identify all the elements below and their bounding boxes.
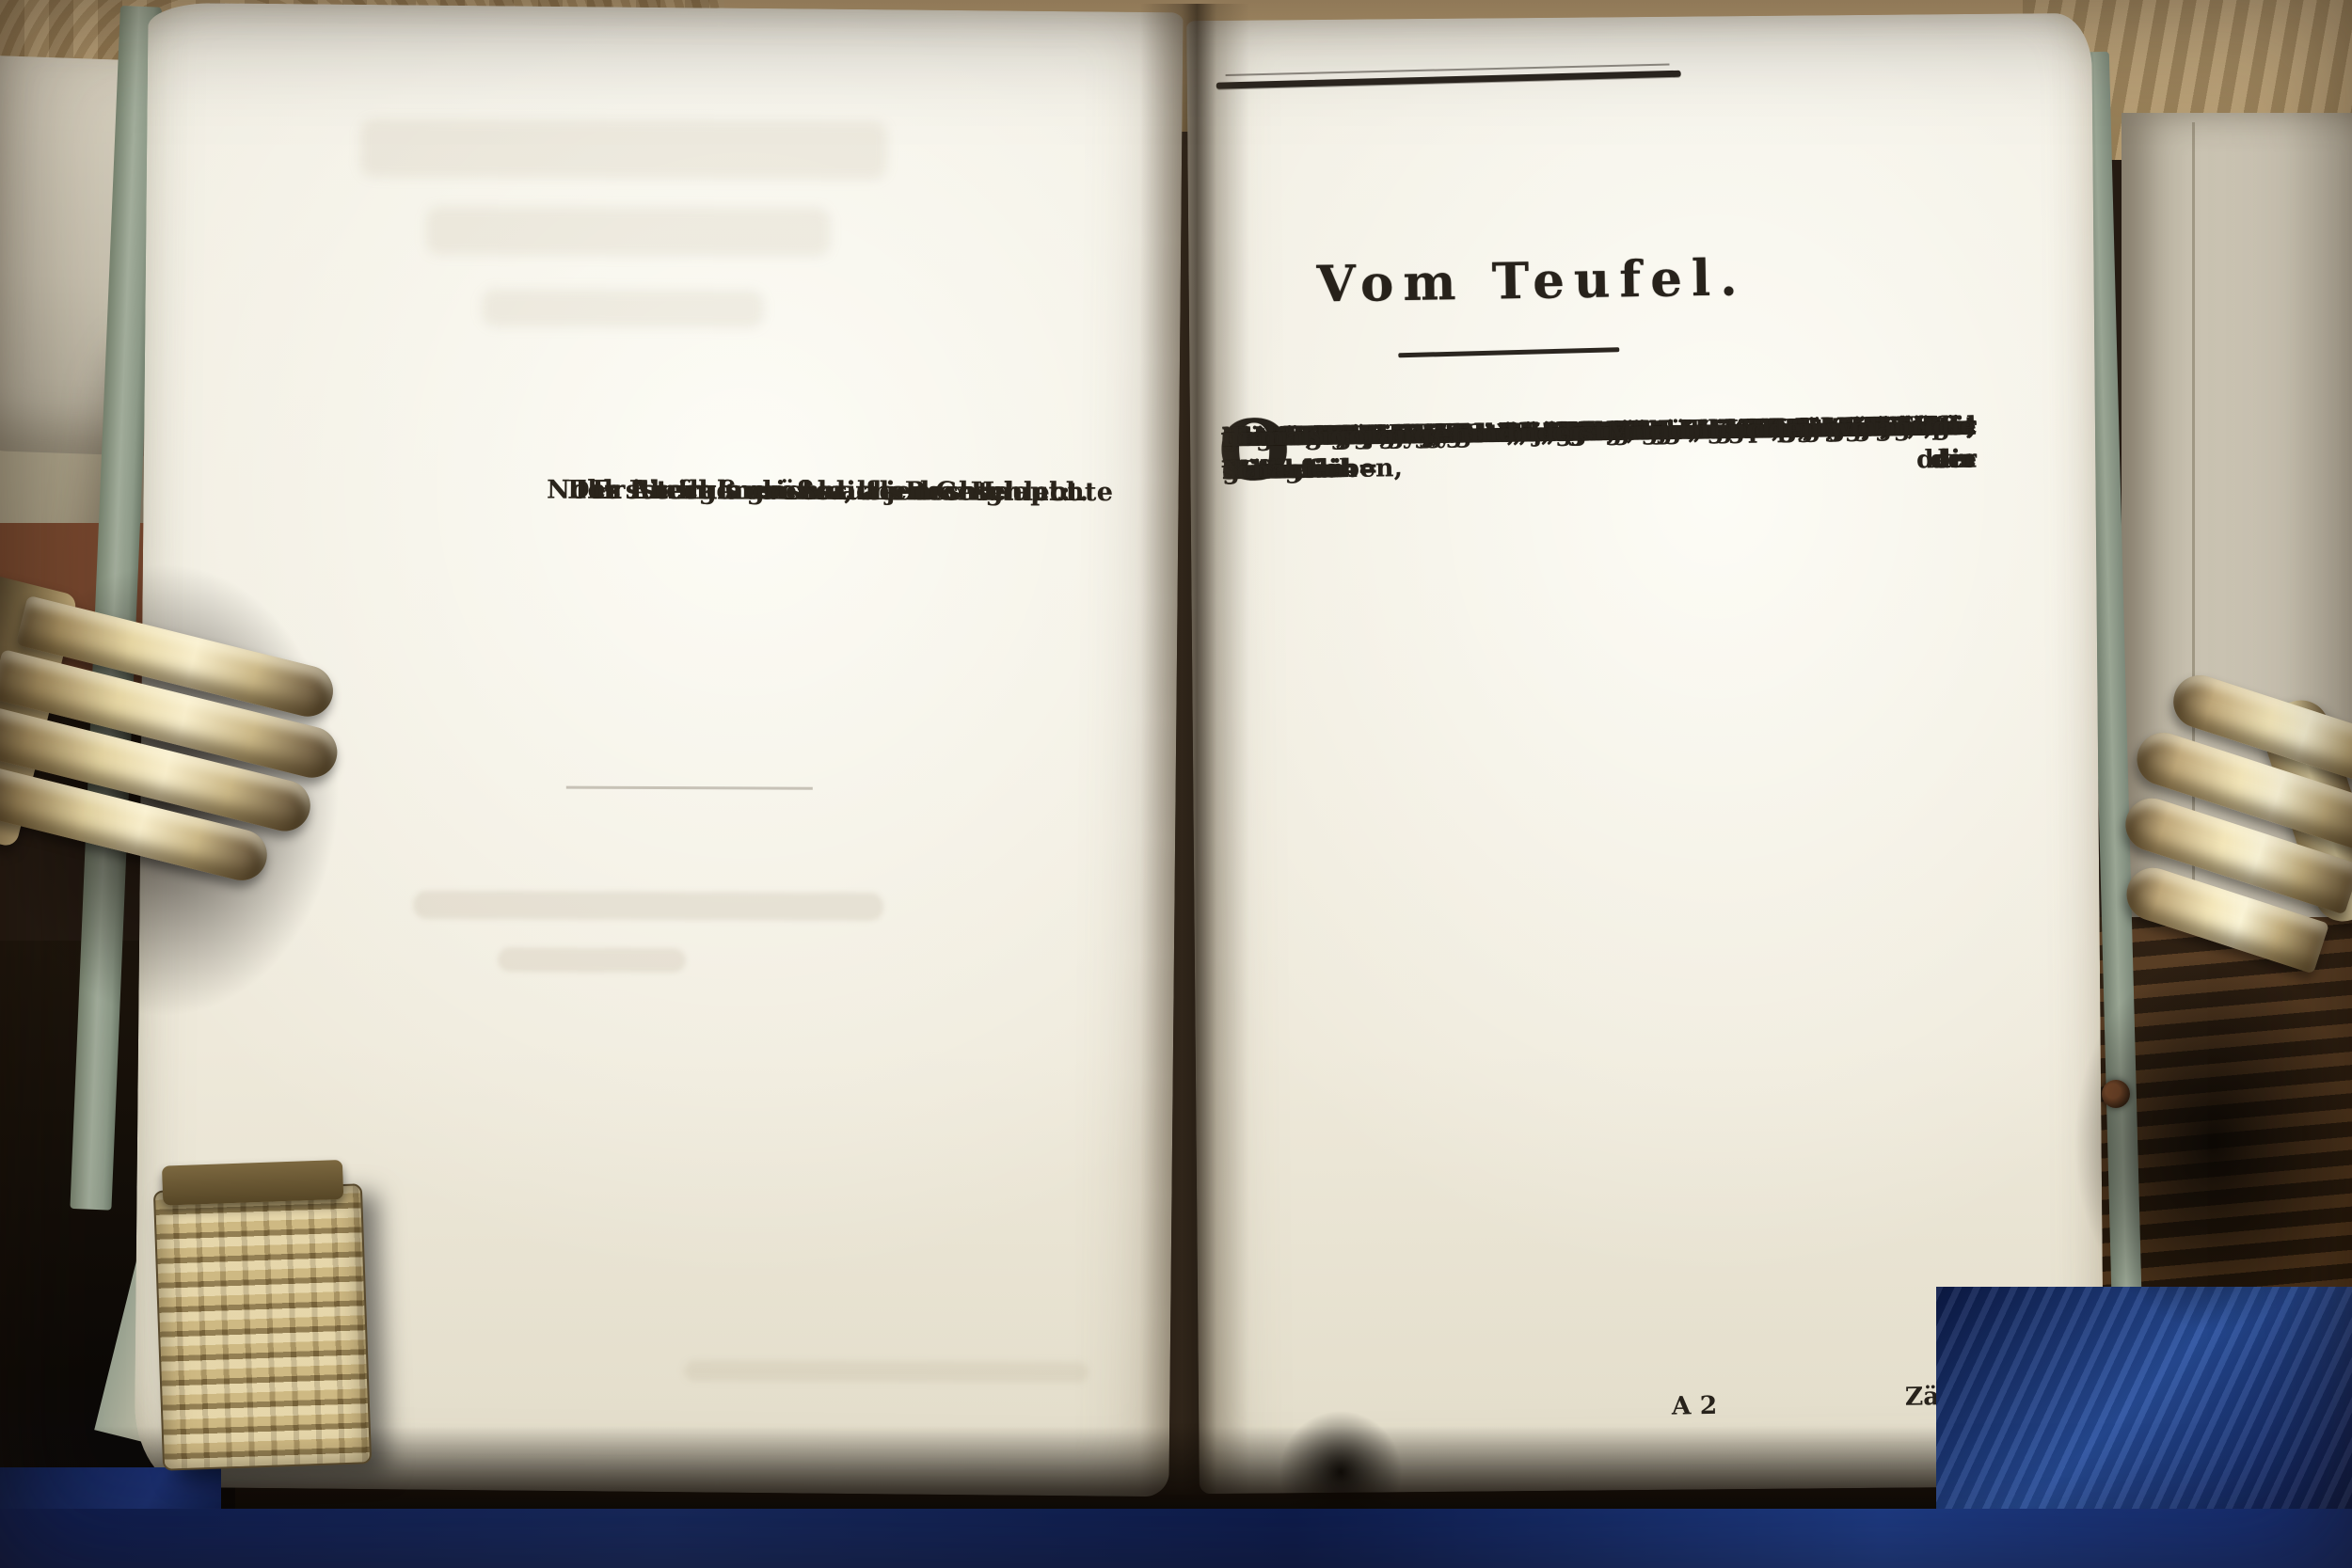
title-rule [1398, 347, 1619, 357]
verse-line: Ihr Einfluß größer, als man glaubt. [575, 476, 1089, 533]
right-page-content: Vom Teufel. O hnerachtet man jetzt bestä… [1182, 10, 2109, 1497]
signature-mark: A 2 [1672, 1391, 1718, 1421]
clasp-shadow-right [2074, 955, 2352, 1331]
photo-of-open-antique-book: Des Aberglaubens alte Rechte Erstrecken … [0, 0, 2352, 1568]
motto-verse: Des Aberglaubens alte Rechte Erstrecken … [547, 475, 1130, 478]
right-page: Vom Teufel. O hnerachtet man jetzt bestä… [1186, 13, 2105, 1494]
ghost-showthrough-imprint [498, 947, 686, 973]
blue-velvet-bottom [0, 1509, 2352, 1568]
body-text: O hnerachtet man jetzt beständig und fas… [1221, 410, 1976, 422]
body-line: unmäßig lang, und der Mund, in dem man d… [1221, 410, 1977, 487]
section-rule [566, 786, 813, 790]
ghost-showthrough-title [360, 119, 887, 180]
ghost-showthrough-title [425, 206, 830, 257]
chapter-title: Vom Teufel. [1212, 247, 1852, 316]
clasp-plate-left [153, 1183, 372, 1471]
ghost-showthrough-bottom [684, 1360, 1089, 1383]
ghost-showthrough-text [482, 289, 764, 327]
ghost-showthrough-imprint [413, 891, 883, 921]
clasp-plate-cap [162, 1160, 343, 1206]
book-gutter [1140, 4, 1249, 1495]
